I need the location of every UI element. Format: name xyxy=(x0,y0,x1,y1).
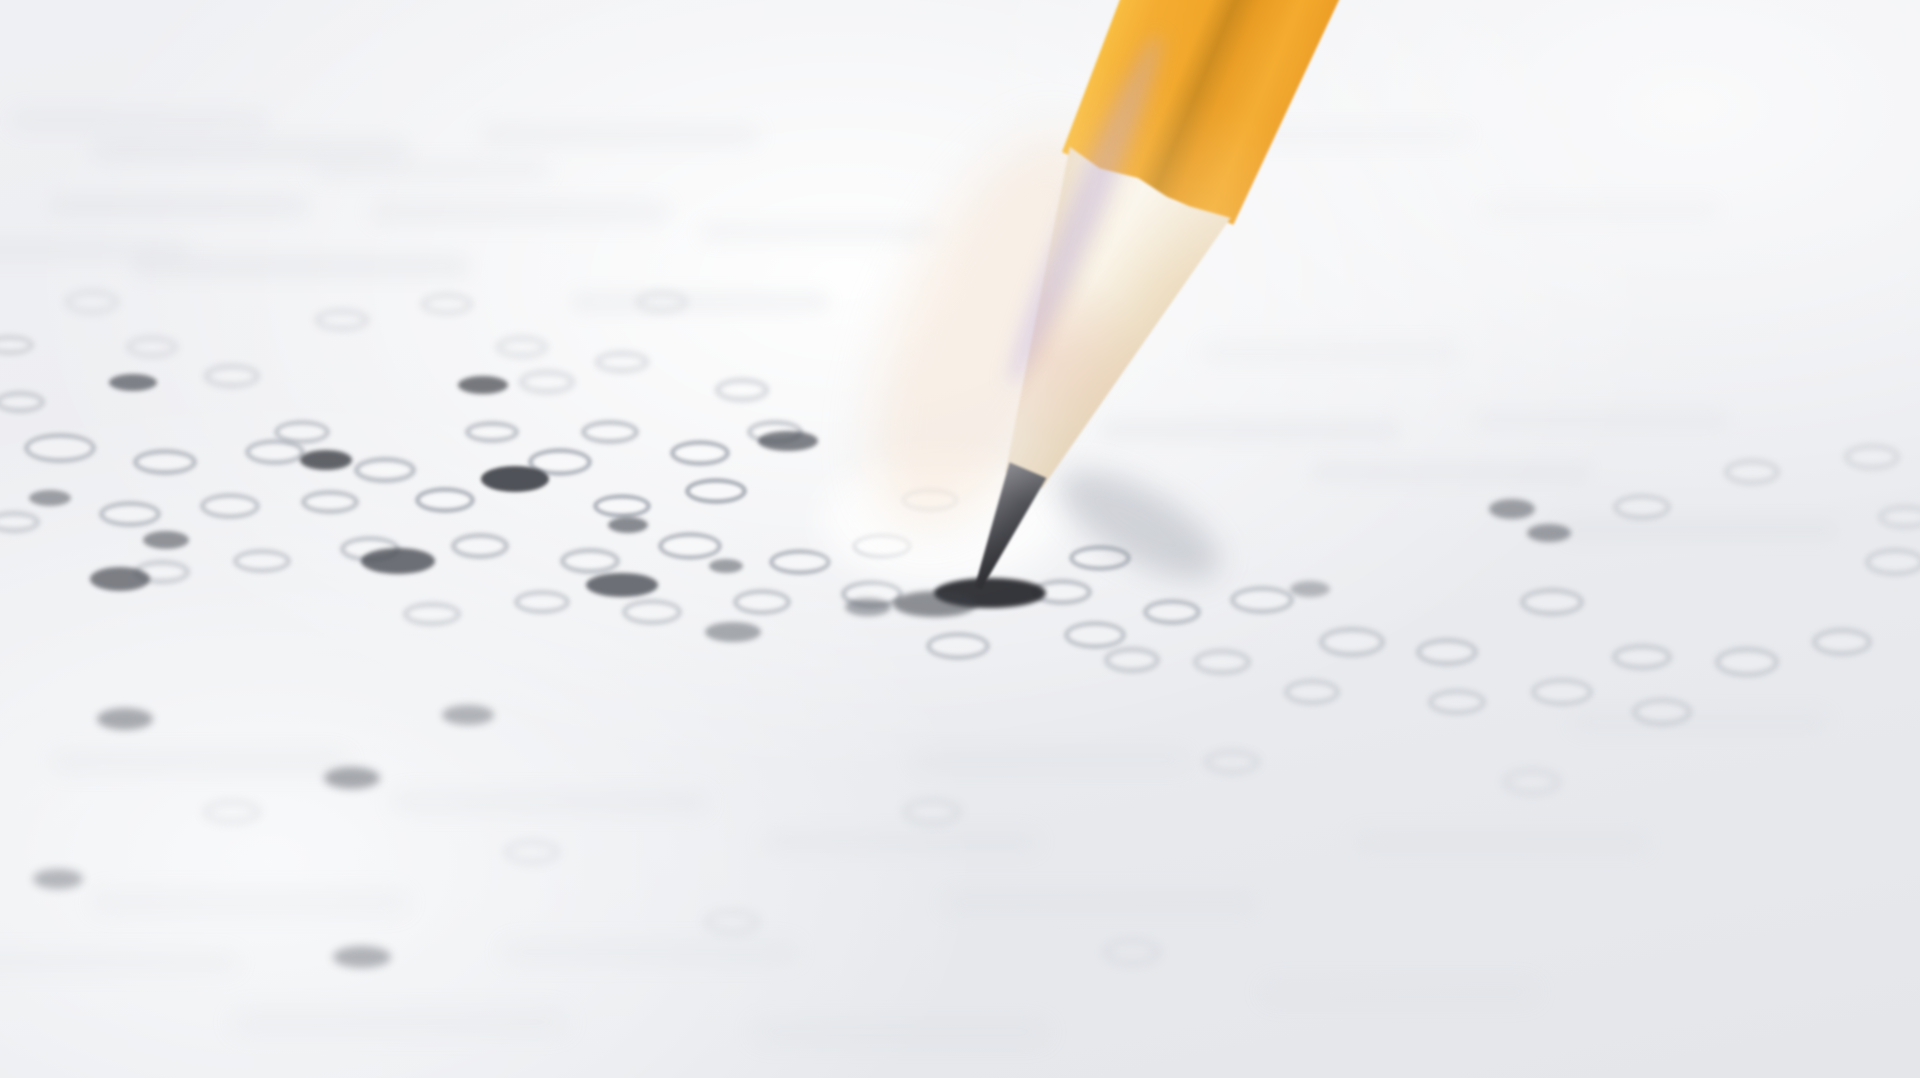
filled-bubble xyxy=(709,559,743,573)
answer-bubble xyxy=(1531,678,1593,706)
filled-bubble xyxy=(333,946,391,968)
answer-bubble xyxy=(200,493,260,519)
answer-bubble xyxy=(715,378,769,402)
answer-bubble xyxy=(0,335,34,355)
filled-bubble xyxy=(705,622,761,642)
answer-bubble xyxy=(1724,459,1780,485)
photo-answer-sheet xyxy=(0,0,1920,1078)
filled-bubble xyxy=(300,450,352,470)
answer-bubble xyxy=(0,511,40,533)
answer-bubble xyxy=(65,290,119,314)
answer-bubble xyxy=(685,478,747,504)
filled-bubble xyxy=(324,767,380,789)
answer-bubble xyxy=(1632,698,1692,726)
answer-bubble xyxy=(0,391,45,413)
answer-bubble xyxy=(1715,647,1779,677)
answer-bubble xyxy=(233,549,291,573)
answer-bubble xyxy=(1878,505,1920,529)
answer-bubble xyxy=(1319,627,1385,657)
filled-bubble xyxy=(1290,581,1330,597)
filled-bubble xyxy=(29,490,71,506)
answer-bubble xyxy=(769,549,831,575)
answer-bubble xyxy=(451,533,509,559)
answer-bubble xyxy=(496,336,548,358)
filled-bubble xyxy=(361,548,435,574)
answer-bubble xyxy=(1844,444,1900,470)
answer-bubble xyxy=(593,494,651,518)
filled-bubble xyxy=(481,466,549,492)
filled-bubble xyxy=(442,705,494,725)
answer-bubble xyxy=(704,910,760,934)
answer-bubble xyxy=(301,490,359,514)
answer-bubble xyxy=(733,589,791,615)
answer-bubble xyxy=(514,590,570,614)
answer-bubble xyxy=(1103,939,1161,965)
answer-bubble xyxy=(204,364,260,388)
answer-bubble xyxy=(1193,649,1251,675)
answer-bubble xyxy=(595,351,649,373)
filled-bubble xyxy=(109,374,157,391)
answer-bubble xyxy=(658,532,722,560)
answer-bubble xyxy=(421,293,473,315)
answer-bubble xyxy=(403,602,461,626)
answer-bubble xyxy=(903,799,961,825)
filled-bubble xyxy=(1489,499,1535,519)
filled-bubble xyxy=(608,517,648,533)
answer-bubble xyxy=(1104,647,1160,673)
answer-bubble xyxy=(926,632,990,660)
answer-bubble xyxy=(1284,679,1340,705)
answer-bubble xyxy=(274,420,330,444)
graphite-smear xyxy=(893,591,977,617)
answer-bubble xyxy=(1612,644,1672,670)
answer-bubble xyxy=(670,440,730,466)
filled-bubble xyxy=(143,531,189,549)
answer-bubble xyxy=(1613,494,1671,520)
answer-bubble xyxy=(1204,750,1260,774)
filled-bubble xyxy=(33,869,83,889)
answer-bubble xyxy=(315,309,369,331)
answer-bubble xyxy=(636,291,688,313)
answer-bubble xyxy=(1812,628,1872,656)
filled-bubble xyxy=(1527,524,1571,542)
answer-bubble xyxy=(24,433,96,463)
answer-bubble xyxy=(519,370,575,394)
answer-bubble xyxy=(1520,588,1584,616)
answer-bubble xyxy=(133,449,197,475)
filled-bubble xyxy=(90,567,150,591)
answer-bubble xyxy=(581,420,639,444)
answer-bubble xyxy=(1503,769,1561,795)
answer-bubble xyxy=(1230,586,1294,614)
answer-bubble xyxy=(1143,599,1201,625)
answer-bubble xyxy=(465,421,519,443)
filled-bubble xyxy=(586,573,658,597)
answer-bubble xyxy=(1865,548,1920,576)
answer-bubble xyxy=(126,336,178,358)
answer-bubble xyxy=(415,487,475,513)
filled-bubble xyxy=(458,376,508,394)
answer-bubble xyxy=(504,840,560,864)
answer-bubble xyxy=(99,501,161,527)
filled-bubble xyxy=(97,708,153,730)
answer-bubble xyxy=(354,457,416,483)
answer-bubble xyxy=(1416,638,1478,666)
answer-bubble xyxy=(1428,689,1486,715)
filled-bubble xyxy=(758,431,818,451)
filled-bubble xyxy=(845,598,891,616)
answer-bubble xyxy=(622,599,682,625)
answer-bubble xyxy=(203,800,261,824)
answer-bubble xyxy=(560,548,620,574)
